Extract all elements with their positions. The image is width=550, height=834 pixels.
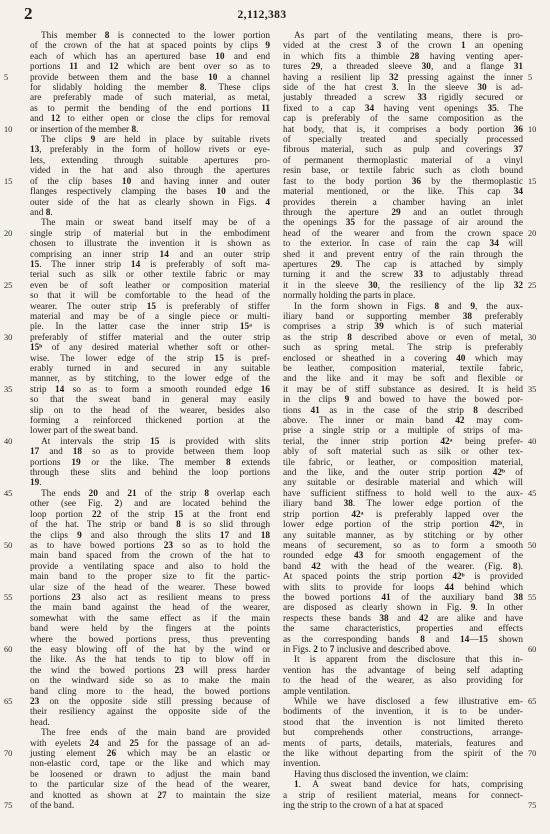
text-line: iliary band 38. The lower edge portion o… — [283, 499, 523, 509]
text-line: the wind the bowed portions 23 will pres… — [30, 666, 270, 676]
text-line: means of securement, so as to form a smo… — [283, 541, 523, 551]
text-line: even be of soft leather or composition m… — [30, 281, 270, 291]
text-line: with slits to provide for loops 44 behin… — [283, 583, 523, 593]
text-line: main band to the proper size to fit the … — [30, 572, 270, 582]
text-line: side of the hat crest 3. In the sleeve 3… — [283, 83, 523, 93]
text-line: head. — [30, 718, 270, 728]
text-line: as the strip 8 described above or even o… — [283, 333, 523, 343]
text-line: The ends 20 and 21 of the strip 8 overla… — [30, 489, 270, 499]
text-line: At intervals the strip 15 is provided wi… — [30, 437, 270, 447]
text-line: are preferably made of such material, as… — [30, 93, 270, 103]
text-line: the bowed portions 41 of the auxiliary b… — [283, 593, 523, 603]
text-line: somewhat with the same effect as if the … — [30, 614, 270, 624]
text-line: provide between them and the base 10 a c… — [30, 73, 270, 83]
text-line: the main band against the head of the we… — [30, 603, 270, 613]
text-line: 15. The inner strip 14 is preferably of … — [30, 260, 270, 270]
line-number: 5 — [4, 73, 23, 83]
text-line: and 8. — [30, 208, 270, 218]
text-line: any suitable manner, as by stitching or … — [283, 531, 523, 541]
line-number: 25 — [528, 281, 547, 291]
text-line: lets, extending through suitable apertur… — [30, 156, 270, 166]
text-line: provides therein a chamber having an inl… — [283, 198, 523, 208]
text-line: in which fits a thimble 28 having ventin… — [283, 52, 523, 62]
text-line: 19. — [30, 478, 270, 488]
text-line: band were held by the fingers at the poi… — [30, 624, 270, 634]
text-line: non-elastic cord, tape or the like and w… — [30, 759, 270, 769]
text-line: rounded edge 43 for smooth engagement of… — [283, 551, 523, 561]
text-line: enclosed or sheathed in a covering 40 wh… — [283, 354, 523, 364]
text-line: above. The inner or main band 42 may com… — [283, 416, 523, 426]
text-line: and the like, and the outer strip portio… — [283, 468, 523, 478]
text-line: tions 41 as in the case of the strip 8 d… — [283, 406, 523, 416]
page-body: This member 8 is connected to the lower … — [30, 31, 523, 811]
line-number: 35 — [4, 385, 23, 395]
line-number: 25 — [4, 281, 23, 291]
text-line: the like without departing from the spir… — [283, 749, 523, 759]
text-line: fibrous material, such as pulp and cover… — [283, 145, 523, 155]
line-number: 5 — [528, 73, 547, 83]
text-line: 23 on the opposite side still pressing b… — [30, 697, 270, 707]
text-line: with eyelets 24 and 25 for the passage o… — [30, 739, 270, 749]
text-line: lower part of the sweat band. — [30, 426, 270, 436]
text-line: where the bowed portions press, thus pre… — [30, 635, 270, 645]
text-line: It is apparent from the disclosure that … — [283, 655, 523, 665]
text-line: be leather, composition material, textil… — [283, 364, 523, 374]
text-line: ably of soft material such as silk or ot… — [283, 447, 523, 457]
text-line: erably turned in and secured in any suit… — [30, 364, 270, 374]
text-line: bodiments of the invention, it is to be … — [283, 707, 523, 717]
text-line: and the like and it may be soft and flex… — [283, 374, 523, 384]
text-line: of specially treated and specially proce… — [283, 135, 523, 145]
text-line: At spaced points the strip portion 42ᵇ i… — [283, 572, 523, 582]
patent-page: 2 2,112,383 This member 8 is connected t… — [0, 0, 550, 834]
text-line: portions 23 also act as resilient means … — [30, 593, 270, 603]
line-number: 55 — [4, 593, 23, 603]
text-line: wearer. The outer strip 15 is preferably… — [30, 302, 270, 312]
text-line: The free ends of the main band are provi… — [30, 728, 270, 738]
text-line: portions 19 or the like. The member 8 ex… — [30, 458, 270, 468]
text-line: strip 14 so as to form a smooth rounded … — [30, 385, 270, 395]
text-line: vention has the advantage of being self … — [283, 666, 523, 676]
text-line: 15ᵇ of any desired material whether soft… — [30, 343, 270, 353]
line-number: 65 — [4, 697, 23, 707]
text-line: ample ventilation. — [283, 687, 523, 697]
text-line: and 12 to either open or close the clips… — [30, 114, 270, 124]
text-line: fast to the body portion 36 by the therm… — [283, 177, 523, 187]
text-line: but comprehends other constructions, arr… — [283, 728, 523, 738]
text-line: and knotted as shown at 27 to maintain t… — [30, 791, 270, 801]
text-line: resin base, or textile fabric such as cl… — [283, 166, 523, 176]
text-line: the same characteristics, properties and… — [283, 624, 523, 634]
text-line: of the band.75 — [30, 801, 270, 811]
text-line: 13, preferably in the form of hollow riv… — [30, 145, 270, 155]
text-line: 17 and 18 so as to provide between them … — [30, 447, 270, 457]
text-line: each of which has an apertured base 10 a… — [30, 52, 270, 62]
text-line: the clips 9 and also through the slits 1… — [30, 531, 270, 541]
text-line: as to have bowed portions 23 so as to ho… — [30, 541, 270, 551]
text-line: to the head of the wearer, as also provi… — [283, 676, 523, 686]
text-line: cap is preferably of the same compositio… — [283, 114, 523, 124]
line-number: 60 — [528, 645, 547, 655]
text-line: to the exterior. In case of rain the cap… — [283, 239, 523, 249]
text-line: or insertion of the member 8.10 — [30, 125, 270, 135]
text-line: it in the sleeve 30, the resiliency of t… — [283, 281, 523, 291]
text-line: outer side of the hat as clearly shown i… — [30, 198, 270, 208]
text-line: of permanent thermoplastic material of a… — [283, 156, 523, 166]
line-number: 70 — [4, 749, 23, 759]
text-line: portions 11 and 12 which are bent over s… — [30, 62, 270, 72]
text-line: invention. — [283, 759, 523, 769]
text-line: lower edge portion of the strip portion … — [283, 520, 523, 530]
text-line: in Figs. 2 to 7 inclusive and described … — [283, 645, 523, 655]
text-line: are disposed as clearly shown in Fig. 9.… — [283, 603, 523, 613]
text-line: Having thus disclosed the invention, we … — [283, 770, 523, 780]
right-column: As part of the ventilating means, there … — [283, 31, 523, 811]
line-number: 45 — [528, 489, 547, 499]
line-number: 60 — [4, 645, 23, 655]
line-number: 20 — [528, 229, 547, 239]
text-line: hat body, that is, it comprises a body p… — [283, 125, 523, 135]
line-number: 15 — [4, 177, 23, 187]
text-line: through the aperture 29 and an outlet th… — [283, 208, 523, 218]
line-number: 50 — [4, 541, 23, 551]
text-line: prise a single strip or a multiple of st… — [283, 426, 523, 436]
text-line: any suitable or desirable material and w… — [283, 478, 523, 488]
text-line: to the particular size of the head of th… — [30, 780, 270, 790]
line-number: 50 — [528, 541, 547, 551]
text-line: be loosened or drawn to adjust the main … — [30, 770, 270, 780]
text-line: provide a ventilating space and also to … — [30, 562, 270, 572]
text-line: ple. In the latter case the inner strip … — [30, 322, 270, 332]
text-line: tile fabric, or leather, or composition … — [283, 458, 523, 468]
text-line: turning it and the screw 33 to adjustabl… — [283, 270, 523, 280]
text-line: normally holding the parts in place. — [283, 291, 523, 301]
text-line: the openings 35 for the passage of air a… — [283, 218, 523, 228]
text-line: of the clip bases 10 and having inner an… — [30, 177, 270, 187]
text-line: iliary band or supporting member 38 pref… — [283, 312, 523, 322]
text-line: of the hat. The strip or band 8 is so sl… — [30, 520, 270, 530]
text-line: band cling more to the head, the bowed p… — [30, 687, 270, 697]
line-number: 40 — [4, 437, 23, 447]
text-line: strip portion 42ᵃ is preferably lapped o… — [283, 510, 523, 520]
text-line: chosen to illustrate the invention it is… — [30, 239, 270, 249]
text-line: so that it will be comfortable to the he… — [30, 291, 270, 301]
text-line: While we have disclosed a few illustrati… — [283, 697, 523, 707]
text-line: a strip of resilient material, means for… — [283, 791, 523, 801]
text-line: In the form shown in Figs. 8 and 9, the … — [283, 302, 523, 312]
text-line: fixed to a cap 34 having vent openings 3… — [283, 104, 523, 114]
text-line: as the corresponding bands 8 and 14—15 s… — [283, 635, 523, 645]
left-column: This member 8 is connected to the lower … — [30, 31, 270, 811]
text-line: the like. As the hat tends to tip to blo… — [30, 655, 270, 665]
text-line: on the windward side so as to make the m… — [30, 676, 270, 686]
text-line: comprises a strip 39 which is of such ma… — [283, 322, 523, 332]
text-line: The clips 9 are held in place by suitabl… — [30, 135, 270, 145]
line-number: 10 — [4, 125, 23, 135]
text-line: loop portion 22 of the strip 15 at the f… — [30, 510, 270, 520]
text-line: preferably of stiffer material and the o… — [30, 333, 270, 343]
text-line: it may be of stiff substance as desired.… — [283, 385, 523, 395]
text-line: ing the strip to the crown of a hat at s… — [283, 801, 523, 811]
text-line: ular size of the head of the wearer. The… — [30, 583, 270, 593]
line-number: 75 — [4, 801, 23, 811]
text-line: forming a reinforced thickened portion a… — [30, 416, 270, 426]
text-line: apertures 29. The cap is attached by sim… — [283, 260, 523, 270]
text-line: their resiliency against the opposite si… — [30, 707, 270, 717]
text-line: flanges respectively clamping the bases … — [30, 187, 270, 197]
text-line: This member 8 is connected to the lower … — [30, 31, 270, 41]
text-line: as to permit the bending of the end port… — [30, 104, 270, 114]
line-number: 70 — [528, 749, 547, 759]
text-line: 1. A sweat band device for hats, compris… — [283, 780, 523, 790]
text-line: such as spring metal. The strip is prefe… — [283, 343, 523, 353]
text-line: of the crown of the hat at spaced points… — [30, 41, 270, 51]
patent-number: 2,112,383 — [0, 9, 524, 21]
text-line: material and may be of a single piece or… — [30, 312, 270, 322]
text-line: having a resilient lip 32 pressing again… — [283, 73, 523, 83]
text-line: terial such as silk or other textile fab… — [30, 270, 270, 280]
text-line: tures 29, a threaded sleeve 30, and a fl… — [283, 62, 523, 72]
text-line: manner, as by stitching, to the lower ed… — [30, 374, 270, 384]
line-number: 45 — [4, 489, 23, 499]
text-line: stood that the invention is not limited … — [283, 718, 523, 728]
text-line: in the clips 9 and bowed to have the bow… — [283, 395, 523, 405]
text-line: terial, the inner strip portion 42ᵃ bein… — [283, 437, 523, 447]
line-number: 30 — [528, 333, 547, 343]
text-line: material mentioned, or the like. This ca… — [283, 187, 523, 197]
text-line: single strip of material but in the embo… — [30, 229, 270, 239]
line-number: 35 — [528, 385, 547, 395]
text-line: comprising an inner strip 14 and an oute… — [30, 250, 270, 260]
text-line: As part of the ventilating means, there … — [283, 31, 523, 41]
text-line: respects these bands 38 and 42 are alike… — [283, 614, 523, 624]
line-number: 55 — [528, 593, 547, 603]
line-number: 10 — [528, 125, 547, 135]
text-line: ments of parts, details, materials, feat… — [283, 739, 523, 749]
line-number: 65 — [528, 697, 547, 707]
text-line: shed it and prevent entry of the rain th… — [283, 250, 523, 260]
text-line: have sufficient stiffness to hold well t… — [283, 489, 523, 499]
text-line: justably threaded a screw 33 rigidly sec… — [283, 93, 523, 103]
line-number: 15 — [528, 177, 547, 187]
line-number: 40 — [528, 437, 547, 447]
text-line: band 42 with the head of the wearer. (Fi… — [283, 562, 523, 572]
text-line: head of the wearer and from the crown sp… — [283, 229, 523, 239]
text-line: wise. The lower edge of the strip 15 is … — [30, 354, 270, 364]
line-number: 20 — [4, 229, 23, 239]
text-line: main band spaced from the crown of the h… — [30, 551, 270, 561]
text-line: for slidably holding the member 8. These… — [30, 83, 270, 93]
text-line: vided in the hat and also through the ap… — [30, 166, 270, 176]
text-line: through these slits and behind the loop … — [30, 468, 270, 478]
text-line: slip on to the head of the wearer, besid… — [30, 406, 270, 416]
text-line: the easy blowing off of the hat by the w… — [30, 645, 270, 655]
text-line: so that the sweat band in general may ea… — [30, 395, 270, 405]
text-line: vided at the crest 3 of the crown 1 an o… — [283, 41, 523, 51]
text-line: justing element 26 which may be an elast… — [30, 749, 270, 759]
line-number: 75 — [528, 801, 547, 811]
text-line: The main or sweat band itself may be of … — [30, 218, 270, 228]
line-number: 30 — [4, 333, 23, 343]
text-line: other (see Fig. 2) and are located behin… — [30, 499, 270, 509]
